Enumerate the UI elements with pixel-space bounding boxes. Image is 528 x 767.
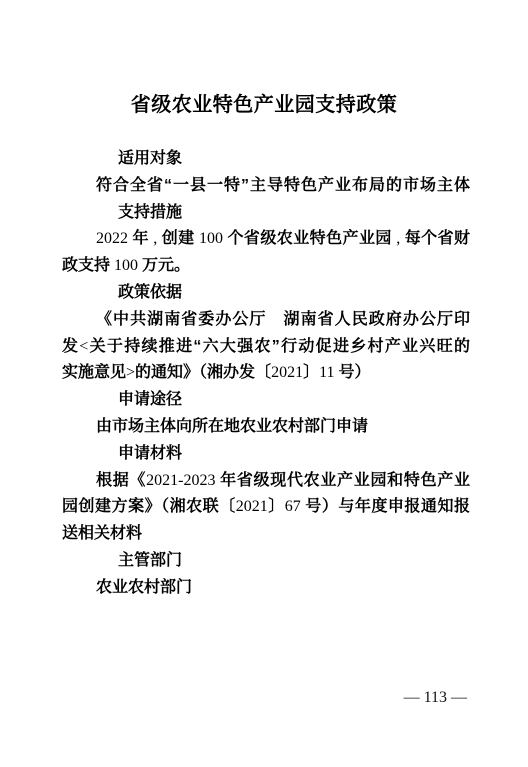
body-line: 由市场主体向所在地农业农村部门申请 [62,414,470,441]
section-heading: 政策依据 [62,280,470,307]
page-number: — 113 — [404,689,467,707]
body-line: 农业农村部门 [62,575,470,602]
section-heading: 主管部门 [62,548,470,575]
page-title: 省级农业特色产业园支持政策 [0,88,528,117]
body-line: 送相关材料 [62,521,470,548]
section-heading: 支持措施 [62,200,470,227]
body-line: 《中共湖南省委办公厅 湖南省人民政府办公厅印 [62,307,470,334]
section-heading: 申请材料 [62,441,470,468]
body-line: 2022 年 , 创建 100 个省级农业特色产业园 , 每个省财 [62,226,470,253]
body-line: 实施意见>的通知》（湘办发〔2021〕11 号） [62,360,470,387]
body-line: 政支持 100 万元。 [62,253,470,280]
body-line: 根据《2021-2023 年省级现代农业产业园和特色产业 [62,468,470,495]
section-heading: 申请途径 [62,387,470,414]
document-body: 适用对象 符合全省“一县一特”主导特色产业布局的市场主体 支持措施 2022 年… [62,146,470,602]
body-line: 发<关于持续推进“六大强农”行动促进乡村产业兴旺的 [62,334,470,361]
body-line: 园创建方案》（湘农联〔2021〕67 号）与年度申报通知报 [62,494,470,521]
section-heading: 适用对象 [62,146,470,173]
document-page: 省级农业特色产业园支持政策 适用对象 符合全省“一县一特”主导特色产业布局的市场… [0,0,528,767]
body-line: 符合全省“一县一特”主导特色产业布局的市场主体 [62,173,470,200]
